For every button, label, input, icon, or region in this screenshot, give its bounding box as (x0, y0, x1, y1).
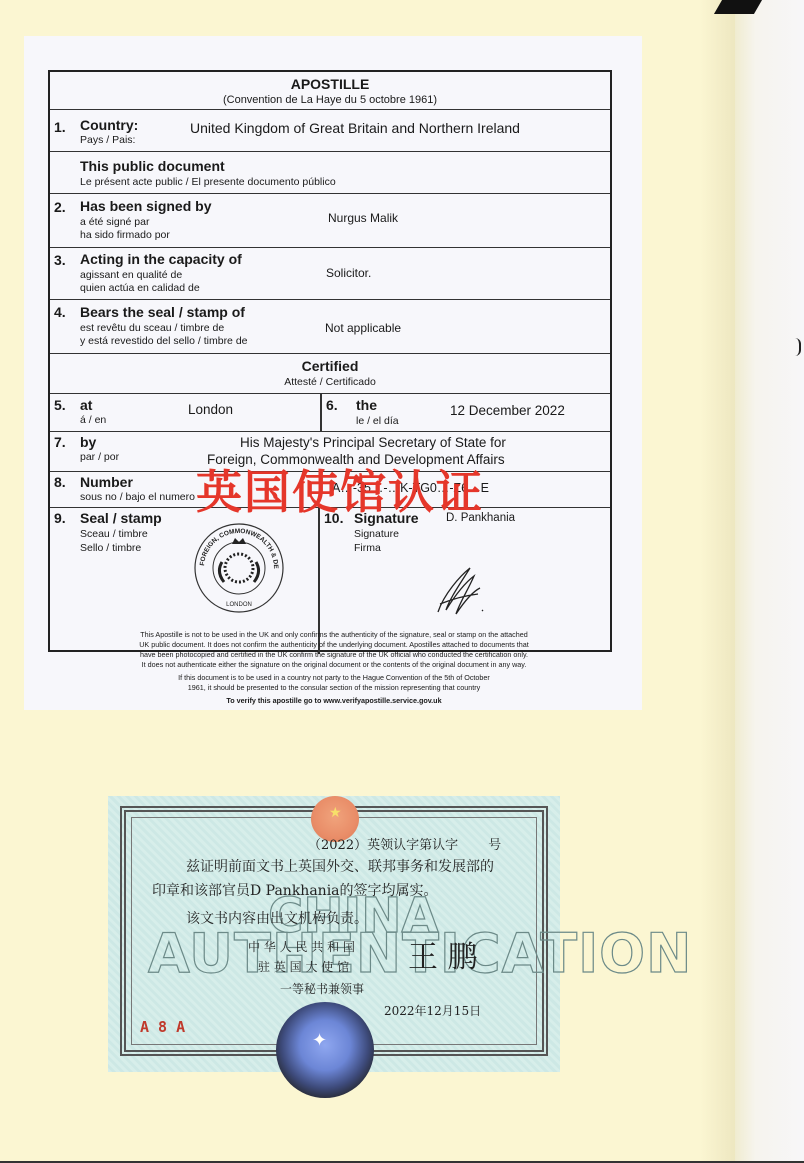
field-sublabel: est revêtu du sceau / timbre de (80, 322, 224, 335)
issuer-title: 一等秘书兼领事 (280, 980, 364, 997)
capacity-value: Solicitor. (326, 266, 371, 280)
by-value-line1: His Majesty's Principal Secretary of Sta… (60, 435, 620, 450)
seal-of-value: Not applicable (325, 321, 401, 335)
field-sublabel: Signature (354, 528, 399, 541)
country-value: United Kingdom of Great Britain and Nort… (190, 120, 520, 136)
field-sublabel: Sello / timbre (80, 542, 141, 555)
certificate-body-line: 兹证明前面文书上英国外交、联邦事务和发展部的 (186, 856, 494, 876)
field-number: 5. (54, 397, 66, 413)
field-number: 4. (54, 304, 66, 320)
svg-text:FOREIGN, COMMONWEALTH & DEVELO: FOREIGN, COMMONWEALTH & DEVELOPMENT OFFI… (192, 522, 279, 570)
certified-sublabel: Attesté / Certificado (50, 376, 610, 388)
footer-note-line: This Apostille is not to be used in the … (60, 630, 608, 640)
authentication-certificate: ★ CHINA AUTHENTICATION （2022）英领认字第认字 号 兹… (108, 796, 560, 1072)
field-sublabel: Firma (354, 542, 381, 555)
field-sublabel: ha sido firmado por (80, 229, 170, 242)
certificate-reference: （2022）英领认字第认字 号 (308, 834, 501, 853)
field-label: Acting in the capacity of (80, 251, 242, 267)
field-label: at (80, 397, 92, 413)
field-country: 1. Country: Pays / Pais: United Kingdom … (50, 110, 610, 152)
field-sublabel: Le présent acte public / El presente doc… (80, 176, 336, 189)
handwritten-signature (430, 564, 490, 620)
footer-note-line: have been photocopied and certified in t… (60, 650, 608, 660)
certificate-body-line: 该文书内容由出文机构负责。 (186, 908, 368, 928)
field-label: Bears the seal / stamp of (80, 304, 245, 320)
apostille-header: APOSTILLE (Convention de La Haye du 5 oc… (50, 72, 610, 110)
corner-shadow (714, 0, 762, 14)
footer-note-line: UK public document. It does not confirm … (60, 640, 608, 650)
divider (320, 394, 322, 432)
certificate-body-line: 印章和该部官员D Pankhania的签字均属实。 (152, 880, 438, 900)
embassy-authentication-overlay: 英国使馆认证 (196, 462, 536, 522)
field-capacity: 3. Acting in the capacity of agissant en… (50, 248, 610, 300)
signed-by-value: Nurgus Malik (328, 211, 398, 225)
field-number: 9. (54, 510, 66, 526)
fcdo-seal: FOREIGN, COMMONWEALTH & DEVELOPMENT OFFI… (192, 522, 286, 614)
apostille-form: APOSTILLE (Convention de La Haye du 5 oc… (48, 70, 612, 652)
field-sublabel: sous no / bajo el numero (80, 491, 195, 504)
field-sublabel: a été signé par (80, 216, 149, 229)
field-sublabel: agissant en qualité de (80, 269, 182, 282)
field-place-date: 5. at á / en London 6. the le / el día 1… (50, 394, 610, 432)
field-label: Country: (80, 117, 138, 133)
field-sublabel: le / el día (356, 415, 399, 428)
apostille-sheet: APOSTILLE (Convention de La Haye du 5 oc… (24, 36, 642, 710)
field-label: Seal / stamp (80, 510, 162, 526)
page-fold-shadow (700, 0, 740, 1163)
verify-link[interactable]: To verify this apostille go to www.verif… (60, 696, 608, 706)
field-label: Has been signed by (80, 198, 211, 214)
background-surface (735, 0, 804, 1163)
field-label: the (356, 397, 377, 413)
field-number: 1. (54, 119, 66, 135)
apostille-title: APOSTILLE (50, 76, 610, 92)
field-sublabel: á / en (80, 414, 106, 427)
place-value: London (188, 402, 233, 417)
field-number: 3. (54, 252, 66, 268)
certified-row: Certified Attesté / Certificado (50, 354, 610, 394)
field-sublabel: y está revestido del sello / timbre de (80, 335, 248, 348)
date-value: 12 December 2022 (450, 403, 565, 418)
certificate-date: 2022年12月15日 (384, 1002, 481, 1019)
public-document-row: This public document Le présent acte pub… (50, 152, 610, 194)
issuer-line: 驻 英 国 大 使 馆 (258, 958, 349, 975)
field-seal-of: 4. Bears the seal / stamp of est revêtu … (50, 300, 610, 354)
svg-text:LONDON: LONDON (226, 602, 252, 608)
certificate-serial: A 8 A (140, 1018, 185, 1036)
field-sublabel: quien actúa en calidad de (80, 282, 200, 295)
issuer-line: 中 华 人 民 共 和 国 (248, 938, 355, 955)
field-label: Number (80, 474, 133, 490)
footer-note-line: It does not authenticate either the sign… (60, 660, 608, 670)
field-signed-by: 2. Has been signed by a été signé par ha… (50, 194, 610, 248)
field-number: 2. (54, 199, 66, 215)
reference-suffix: 号 (488, 838, 501, 853)
field-number: 8. (54, 474, 66, 490)
consul-signature: 王 鹏 (408, 932, 478, 976)
footer-note-line: 1961, it should be presented to the cons… (60, 683, 608, 693)
reference-text: （2022）英领认字第认字 (308, 838, 458, 853)
apostille-subtitle: (Convention de La Haye du 5 octobre 1961… (50, 94, 610, 106)
field-sublabel: Sceau / timbre (80, 528, 148, 541)
field-number: 6. (326, 397, 338, 413)
apostille-footer: This Apostille is not to be used in the … (60, 630, 608, 706)
field-sublabel: Pays / Pais: (80, 134, 135, 147)
footer-note-line: If this document is to be used in a coun… (60, 673, 608, 683)
hologram-seal-icon: ✦ (276, 1002, 374, 1098)
field-label: This public document (80, 158, 225, 174)
certified-label: Certified (50, 358, 610, 374)
